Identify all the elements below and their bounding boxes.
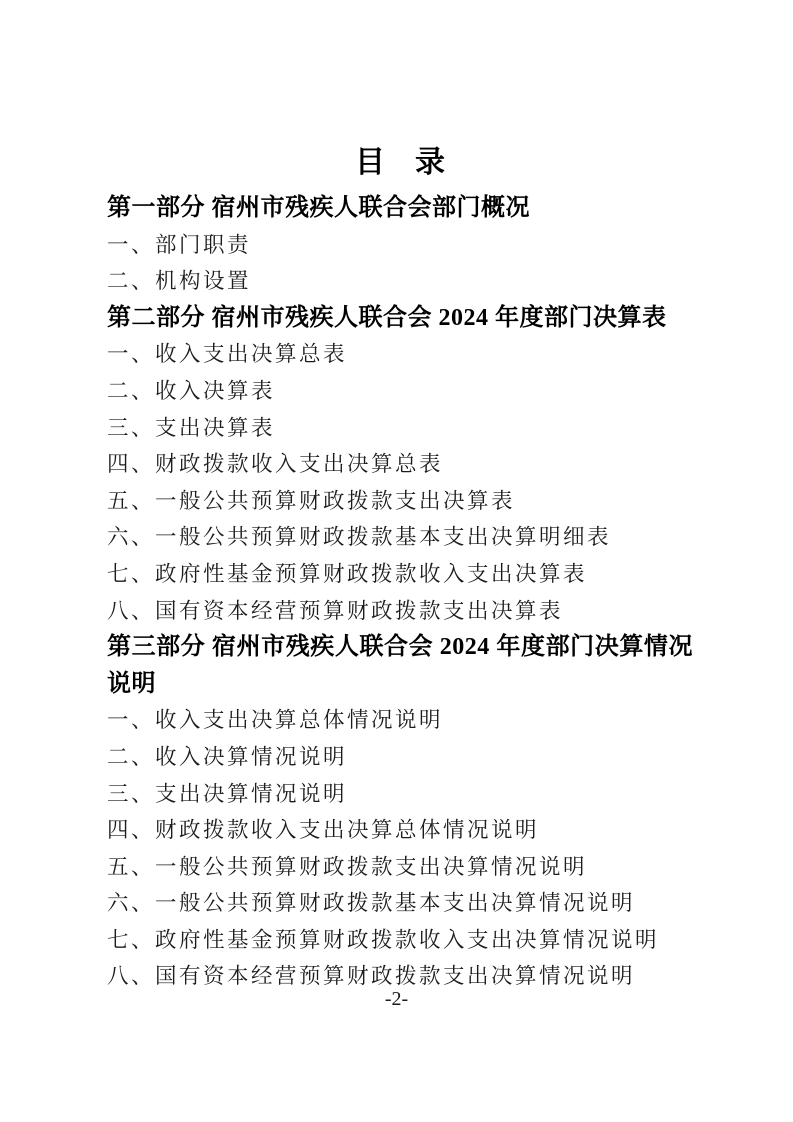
toc-item: 二、机构设置: [107, 263, 693, 300]
toc-item: 四、财政拨款收入支出决算总体情况说明: [107, 812, 693, 849]
toc-item: 四、财政拨款收入支出决算总表: [107, 446, 693, 483]
toc-item: 八、国有资本经营预算财政拨款支出决算表: [107, 593, 693, 630]
toc-section-3-heading: 第三部分 宿州市残疾人联合会 2024 年度部门决算情况说明: [107, 629, 693, 702]
toc-section-2: 第二部分 宿州市残疾人联合会 2024 年度部门决算表 一、收入支出决算总表 二…: [107, 300, 693, 629]
toc-section-1-heading: 第一部分 宿州市残疾人联合会部门概况: [107, 190, 693, 227]
toc-section-3: 第三部分 宿州市残疾人联合会 2024 年度部门决算情况说明 一、收入支出决算总…: [107, 629, 693, 995]
toc-item: 七、政府性基金预算财政拨款收入支出决算表: [107, 556, 693, 593]
toc-item: 二、收入决算表: [107, 373, 693, 410]
toc-item: 三、支出决算情况说明: [107, 776, 693, 813]
page-number: -2-: [0, 985, 793, 1013]
toc-content: 目 录 第一部分 宿州市残疾人联合会部门概况 一、部门职责 二、机构设置 第二部…: [107, 140, 693, 995]
toc-item: 一、收入支出决算总体情况说明: [107, 702, 693, 739]
toc-item: 三、支出决算表: [107, 410, 693, 447]
toc-section-1: 第一部分 宿州市残疾人联合会部门概况 一、部门职责 二、机构设置: [107, 190, 693, 300]
toc-section-2-heading: 第二部分 宿州市残疾人联合会 2024 年度部门决算表: [107, 300, 693, 337]
toc-item: 七、政府性基金预算财政拨款收入支出决算情况说明: [107, 922, 693, 959]
toc-item: 一、部门职责: [107, 227, 693, 264]
toc-item: 一、收入支出决算总表: [107, 336, 693, 373]
toc-item: 六、一般公共预算财政拨款基本支出决算明细表: [107, 519, 693, 556]
toc-item: 六、一般公共预算财政拨款基本支出决算情况说明: [107, 885, 693, 922]
toc-item: 五、一般公共预算财政拨款支出决算表: [107, 483, 693, 520]
toc-item: 二、收入决算情况说明: [107, 739, 693, 776]
toc-item: 五、一般公共预算财政拨款支出决算情况说明: [107, 849, 693, 886]
document-page: 目 录 第一部分 宿州市残疾人联合会部门概况 一、部门职责 二、机构设置 第二部…: [0, 0, 793, 1122]
page-title: 目 录: [107, 140, 693, 190]
